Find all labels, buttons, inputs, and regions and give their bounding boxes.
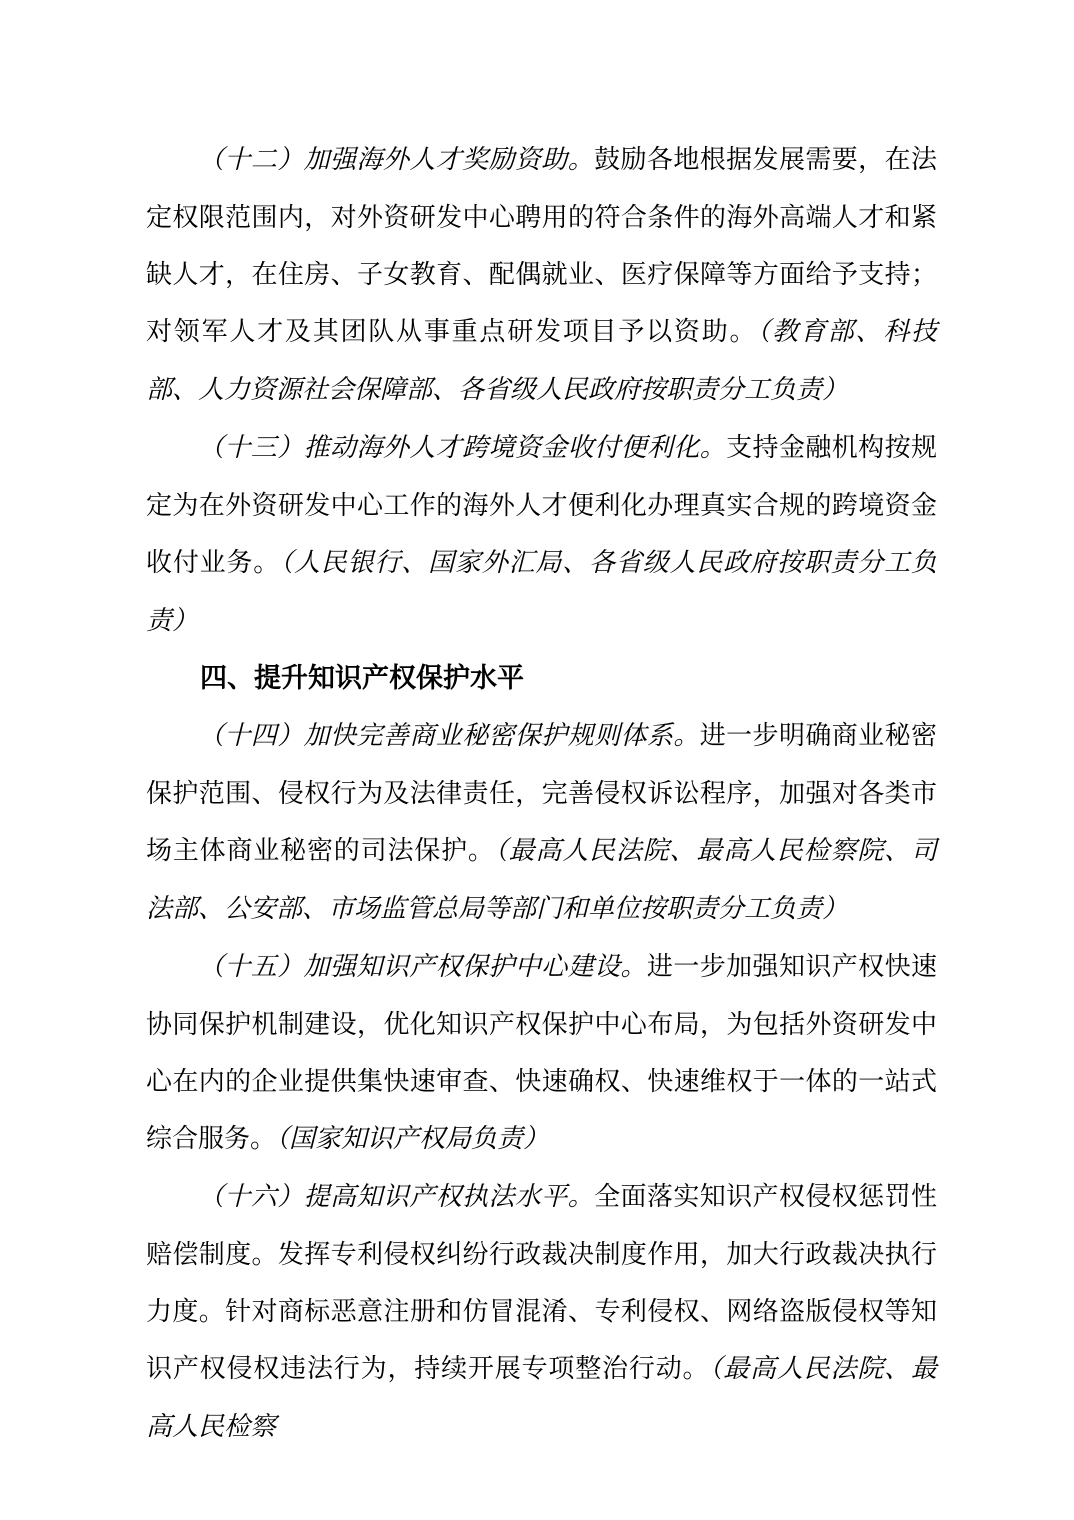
clause-13-title: （十三）推动海外人才跨境资金收付便利化。 [198, 433, 726, 463]
clause-12-title: （十二）加强海外人才奖励资助。 [198, 145, 594, 175]
section-heading-4: 四、提升知识产权保护水平 [146, 650, 937, 707]
clause-13-paragraph: （十三）推动海外人才跨境资金收付便利化。支持金融机构按规定为在外资研发中心工作的… [146, 419, 937, 650]
clause-15-attribution: （国家知识产权局负责） [276, 1124, 549, 1154]
clause-12-paragraph: （十二）加强海外人才奖励资助。鼓励各地根据发展需要，在法定权限范围内，对外资研发… [146, 131, 937, 419]
clause-15-paragraph: （十五）加强知识产权保护中心建设。进一步加强知识产权快速协同保护机制建设，优化知… [146, 938, 937, 1168]
clause-16-paragraph: （十六）提高知识产权执法水平。全面落实知识产权侵权惩罚性赔偿制度。发挥专利侵权纠… [146, 1168, 937, 1456]
clause-16-title: （十六）提高知识产权执法水平。 [198, 1182, 594, 1212]
clause-15-title: （十五）加强知识产权保护中心建设。 [198, 952, 647, 982]
document-page: （十二）加强海外人才奖励资助。鼓励各地根据发展需要，在法定权限范围内，对外资研发… [0, 0, 1074, 1520]
clause-14-paragraph: （十四）加快完善商业秘密保护规则体系。进一步明确商业秘密保护范围、侵权行为及法律… [146, 707, 937, 938]
clause-14-title: （十四）加快完善商业秘密保护规则体系。 [198, 721, 700, 751]
